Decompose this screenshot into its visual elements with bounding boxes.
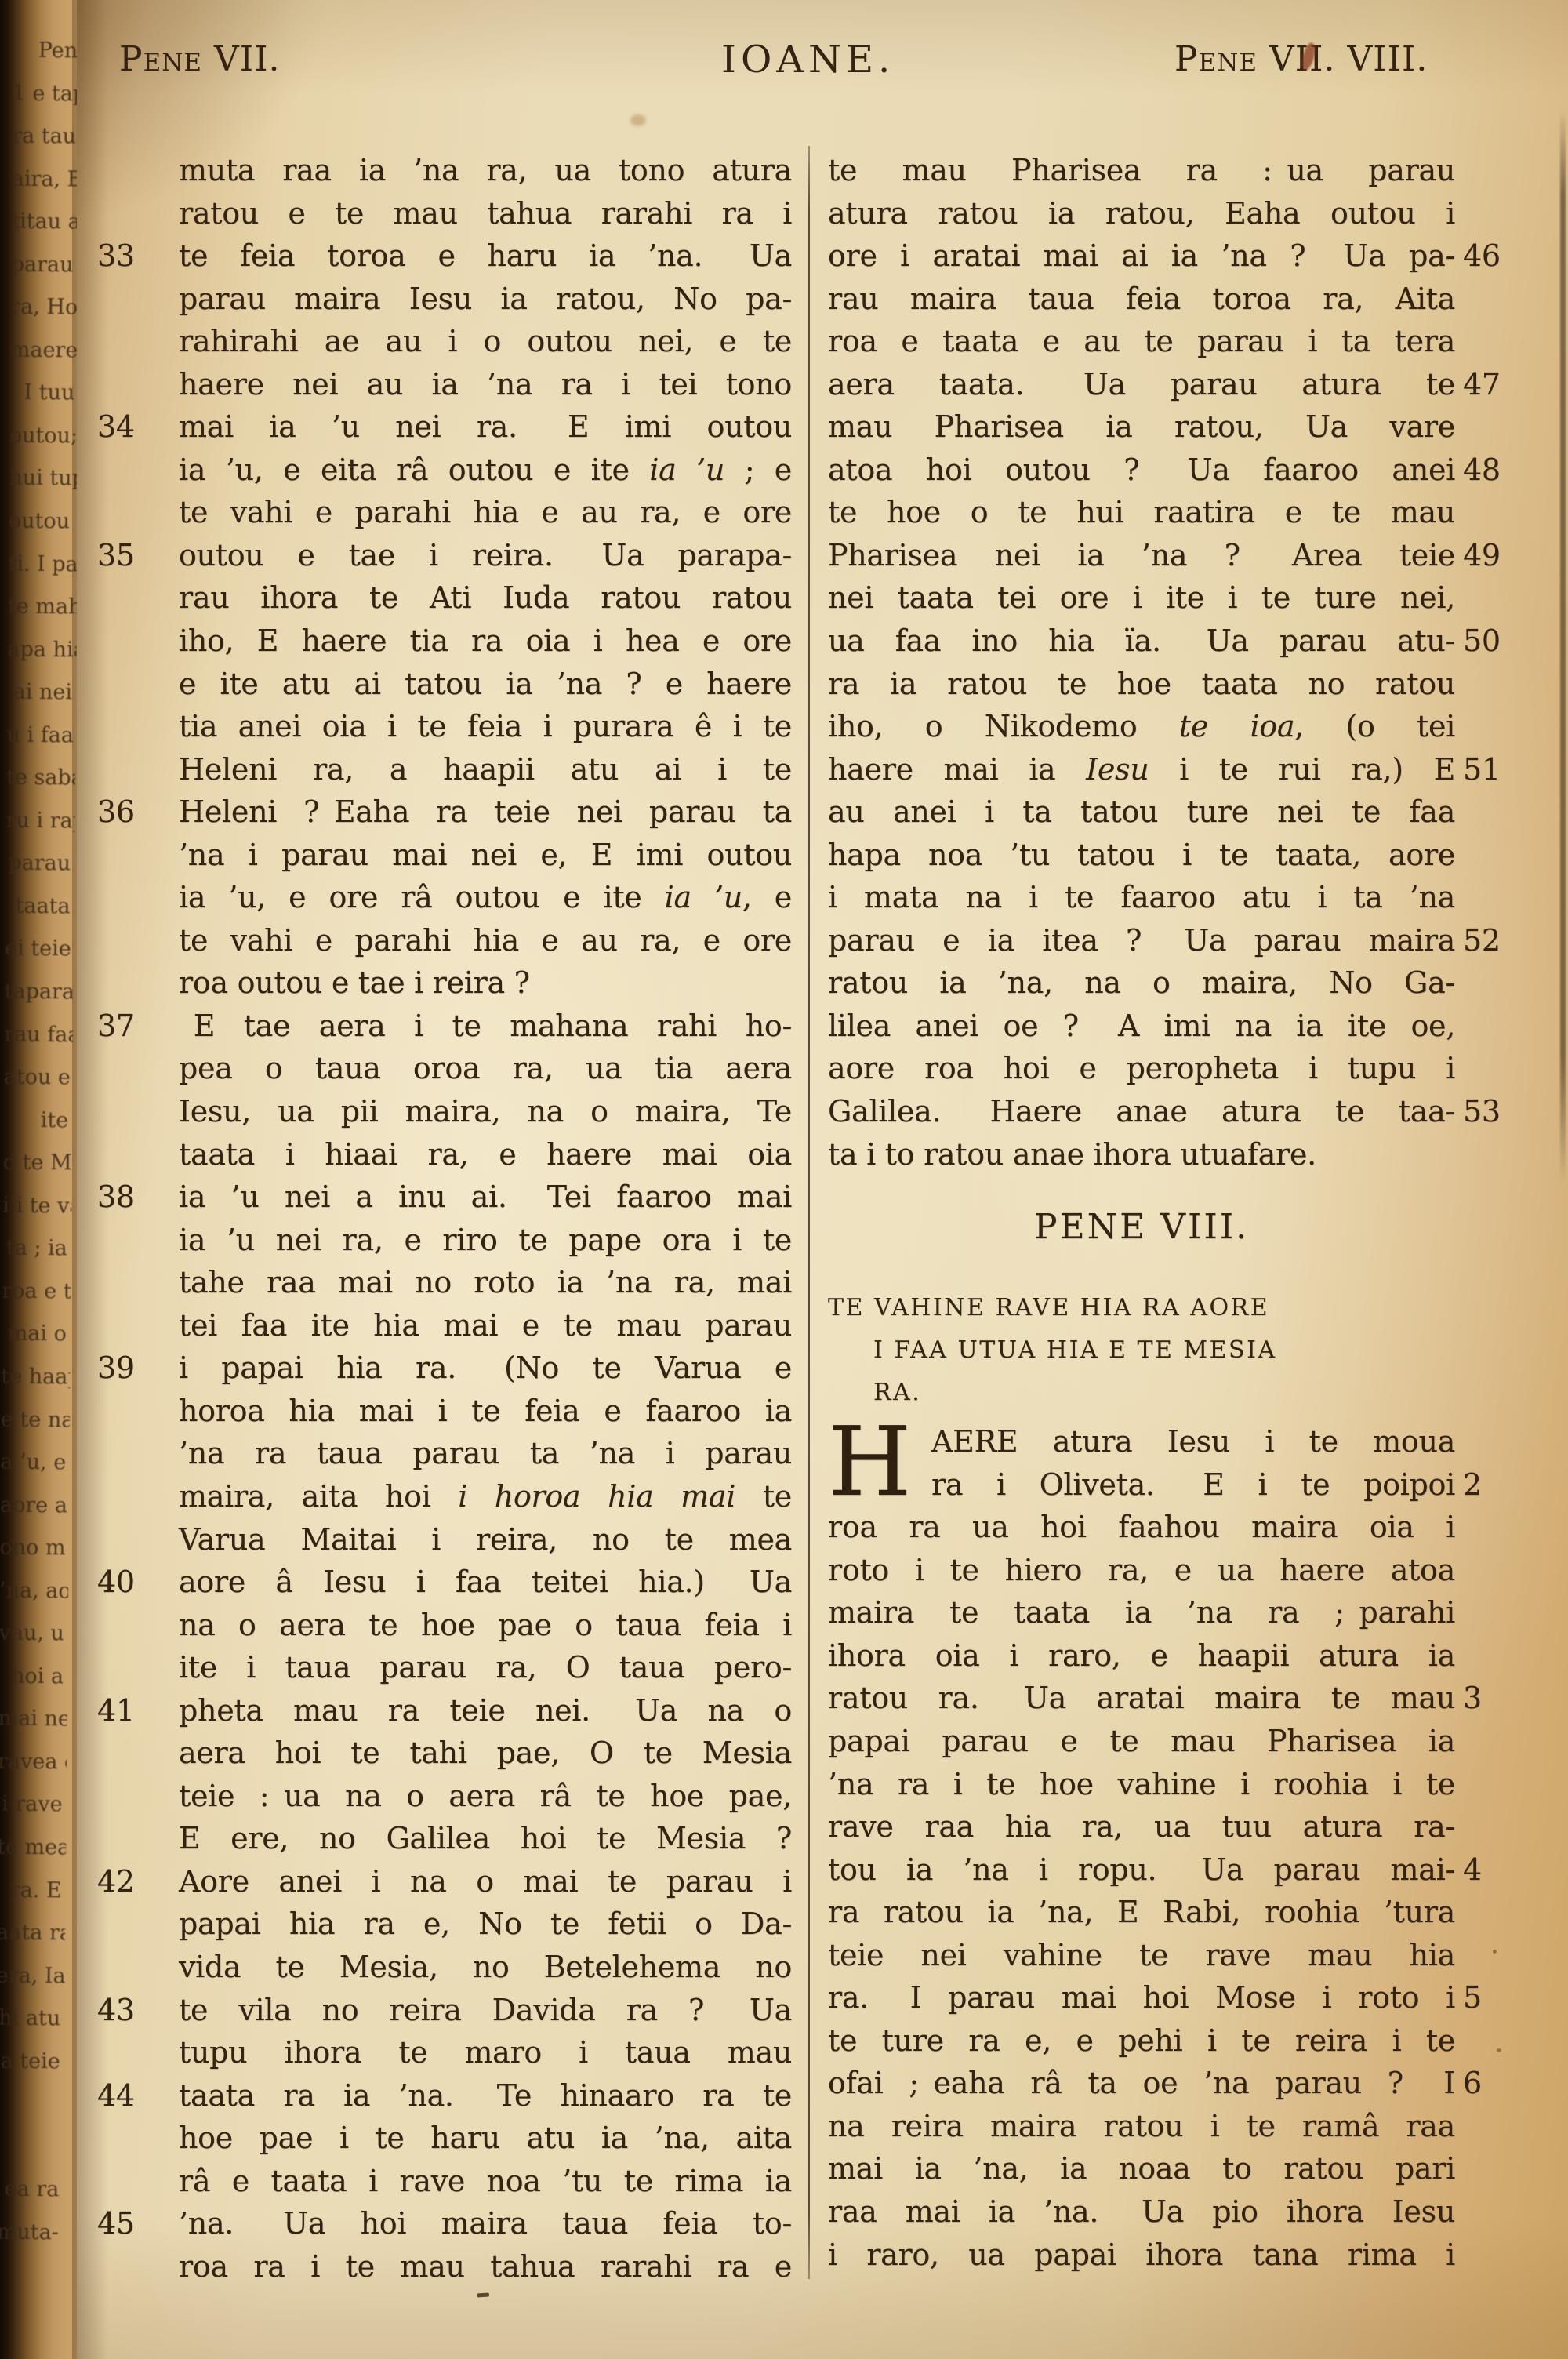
line-text: Galilea. Haere anae atura te taa- bbox=[828, 1094, 1455, 1129]
line-text: ra. I parau mai hoi Mose i roto i bbox=[828, 1980, 1455, 2015]
verse-number: 33 bbox=[97, 234, 165, 278]
text-line: Iesu, ua pii maira, na o maira, Te bbox=[179, 1090, 792, 1133]
text-line: ofai ; eaha râ ta oe ’na parau ? I6 bbox=[828, 2062, 1455, 2105]
line-text: ihora oia i raro, e haapii atura ia bbox=[828, 1638, 1455, 1673]
text-line: ratou e te mau tahua rarahi ra i bbox=[179, 192, 792, 235]
gutter-fragment: taata bbox=[5, 885, 74, 929]
verse-number: 36 bbox=[97, 791, 165, 834]
line-text: Aore anei i na o mai te parau i bbox=[179, 1864, 792, 1899]
text-line: aera hoi te tahi pae, O te Mesia bbox=[179, 1732, 792, 1775]
text-line: horoa hia mai i te feia e faaroo ia bbox=[179, 1390, 792, 1433]
line-text: Iesu, ua pii maira, na o maira, Te bbox=[179, 1094, 792, 1129]
text-line: rau maira taua feia toroa ra, Aita bbox=[828, 278, 1455, 321]
text-line: mai ia ’na, ia noaa to ratou pari bbox=[828, 2147, 1455, 2190]
line-text: aore â Iesu i faa teitei hia.) Ua bbox=[179, 1565, 792, 1599]
text-line: ore i aratai mai ai ia ’na ? Ua pa-46 bbox=[828, 234, 1455, 278]
text-line: ia ’u nei ra, e riro te pape ora i te bbox=[179, 1219, 792, 1262]
line-text: na o aera te hoe pae o taua feia i bbox=[179, 1608, 792, 1642]
text-line: parau maira Iesu ia ratou, No pa- bbox=[179, 278, 792, 321]
gutter-fragment: ’na, aor bbox=[0, 1569, 68, 1612]
gutter-fragment: vau, u bbox=[0, 1612, 68, 1656]
text-line: vida te Mesia, no Betelehema no bbox=[179, 1946, 792, 1989]
line-text: teie nei vahine te rave mau hia bbox=[828, 1938, 1455, 1972]
verse-number: 39 bbox=[97, 1347, 165, 1390]
gutter-fragment: mai o bbox=[2, 1313, 71, 1356]
line-text: te vahi e parahi hia e au ra, e ore bbox=[179, 495, 792, 529]
line-text: i papai hia ra. (No te Varua e bbox=[179, 1350, 792, 1385]
line-text: pea o taua oroa ra, ua tia aera bbox=[179, 1051, 792, 1085]
gutter-fragment: parau bbox=[5, 842, 74, 885]
text-line: ia ’u nei a inu ai. Tei faaroo mai38 bbox=[179, 1176, 792, 1219]
gutter-fragment: ei teie bbox=[5, 928, 74, 971]
text-line: Heleni ra, a haapii atu ai i te bbox=[179, 748, 792, 791]
left-column: muta raa ia ’na ra, ua tono aturaratou e… bbox=[179, 149, 792, 2288]
verse-number: 42 bbox=[97, 1860, 165, 1903]
line-text: te feia toroa e haru ia ’na. Ua bbox=[179, 238, 792, 273]
text-line: ’na ra taua parau ta ’na i parau bbox=[179, 1432, 792, 1475]
line-text: ra i Oliveta. E i te poipoi bbox=[931, 1467, 1455, 1502]
line-text: tei faa ite hia mai e te mau parau bbox=[179, 1308, 792, 1343]
left-column-lines: muta raa ia ’na ra, ua tono aturaratou e… bbox=[179, 149, 792, 2288]
text-line: ra ia ratou te hoe taata no ratou bbox=[828, 663, 1455, 706]
text-line: rau ihora te Ati Iuda ratou ratou bbox=[179, 576, 792, 620]
line-text: ia ’u, e ore râ outou e ite ia ’u, e bbox=[179, 880, 792, 914]
line-text: te mau Pharisea ra : ua parau bbox=[828, 153, 1455, 187]
chapter7-lines: te mau Pharisea ra : ua parauatura ratou… bbox=[828, 149, 1455, 1176]
text-line: te hoe o te hui raatira e te mau bbox=[828, 491, 1455, 534]
line-text: Heleni ? Eaha ra teie nei parau ta bbox=[179, 794, 792, 829]
line-text: te vahi e parahi hia e au ra, e ore bbox=[179, 923, 792, 958]
verse-number: 44 bbox=[97, 2074, 165, 2117]
text-line: te vila no reira Davida ra ? Ua43 bbox=[179, 1989, 792, 2032]
text-line: i papai hia ra. (No te Varua e39 bbox=[179, 1347, 792, 1390]
gutter-fragment: ono m bbox=[0, 1527, 69, 1570]
text-line: Galilea. Haere anae atura te taa-53 bbox=[828, 1090, 1455, 1133]
gutter-fragment: mai nei bbox=[0, 1698, 67, 1741]
line-text: te ture ra e, e pehi i te reira i te bbox=[828, 2023, 1455, 2058]
text-line: pheta mau ra teie nei. Ua na o41 bbox=[179, 1689, 792, 1732]
chapter-subtitle-line: RA. bbox=[828, 1372, 1455, 1414]
verse-number: 51 bbox=[1463, 748, 1535, 791]
gutter-fragment bbox=[0, 2083, 64, 2126]
text-line: iho, E haere tia ra oia i hea e ore bbox=[179, 620, 792, 663]
book-page: Pen1 e tapara tauaaira, Etitau atuparau … bbox=[0, 0, 1568, 2359]
verse-number: 38 bbox=[97, 1176, 165, 1219]
line-text: aera hoi te tahi pae, O te Mesia bbox=[179, 1736, 792, 1770]
previous-page-edge: Pen1 e tapara tauaaira, Etitau atuparau … bbox=[0, 30, 77, 2255]
line-text: mau Pharisea ia ratou, Ua vare bbox=[828, 409, 1455, 444]
line-text: tou ia ’na i ropu. Ua parau mai- bbox=[828, 1852, 1455, 1887]
chapter-heading: PENE VIII. bbox=[828, 1202, 1455, 1252]
line-text: muta raa ia ’na ra, ua tono atura bbox=[179, 153, 792, 187]
text-line: roa ra ua hoi faahou maira oia i bbox=[828, 1506, 1455, 1549]
line-text: i raro, ua papai ihora tana rima i bbox=[828, 2237, 1455, 2272]
verse-number: 34 bbox=[97, 405, 165, 449]
gutter-fragment: a teie bbox=[0, 2040, 64, 2083]
line-text: roa outou e tae i reira ? bbox=[179, 965, 530, 1000]
line-text: rau ihora te Ati Iuda ratou ratou bbox=[179, 580, 792, 615]
text-line: E tae aera i te mahana rahi ho-37 bbox=[179, 1005, 792, 1048]
line-text: ta i to ratou anae ihora utuafare. bbox=[828, 1137, 1316, 1172]
gutter-fragment: hi atu bbox=[0, 1997, 64, 2041]
text-line: ia ’u, e eita râ outou e ite ia ’u ; e bbox=[179, 449, 792, 492]
text-line: maira, aita hoi i horoa hia mai te bbox=[179, 1475, 792, 1518]
line-text: au anei i ta tatou ture nei te faa bbox=[828, 794, 1455, 829]
line-text: haere mai ia Iesu i te rui ra,) E bbox=[828, 752, 1455, 787]
gutter-fragment: 1 e tapa bbox=[12, 72, 77, 115]
verse-number: 41 bbox=[97, 1689, 165, 1732]
line-text: outou e tae i reira. Ua parapa- bbox=[179, 538, 792, 572]
line-text: ratou ra. Ua aratai maira te mau bbox=[828, 1681, 1455, 1715]
verse-number: 6 bbox=[1463, 2062, 1535, 2105]
line-text: mai ia ’u nei ra. E imi outou bbox=[179, 409, 792, 444]
line-text: raa mai ia ’na. Ua pio ihora Iesu bbox=[828, 2194, 1455, 2229]
line-text: roa ra ua hoi faahou maira oia i bbox=[828, 1510, 1455, 1544]
gutter-fragment: Pen bbox=[13, 30, 77, 73]
text-line: ta i to ratou anae ihora utuafare. bbox=[828, 1133, 1455, 1176]
paper-speck bbox=[1493, 1950, 1497, 1954]
verse-number: 4 bbox=[1463, 1848, 1535, 1892]
line-text: horoa hia mai i te feia e faaroo ia bbox=[179, 1394, 792, 1428]
text-line: haere nei au ia ’na ra i tei tono bbox=[179, 363, 792, 406]
text-line: raa mai ia ’na. Ua pio ihora Iesu bbox=[828, 2190, 1455, 2234]
text-line: râ e taata i rave noa ’tu te rima ia bbox=[179, 2160, 792, 2203]
line-text: ia ’u, e eita râ outou e ite ia ’u ; e bbox=[179, 453, 792, 487]
line-text: tahe raa mai no roto ia ’na ra, mai bbox=[179, 1265, 792, 1299]
text-line: Heleni ? Eaha ra teie nei parau ta36 bbox=[179, 791, 792, 834]
line-text: teie : ua na o aera râ te hoe pae, bbox=[179, 1779, 792, 1813]
line-text: na reira maira ratou i te ramâ raa bbox=[828, 2109, 1455, 2143]
verse-number: 2 bbox=[1463, 1463, 1535, 1507]
text-line: lilea anei oe ? A imi na ia ite oe, bbox=[828, 1005, 1455, 1048]
line-text: aore roa hoi e peropheta i tupu i bbox=[828, 1051, 1455, 1085]
text-line: hapa noa ’tu tatou i te taata, aore bbox=[828, 834, 1455, 877]
verse-number: 45 bbox=[97, 2202, 165, 2245]
gutter-fragment: i i te va bbox=[2, 1184, 71, 1227]
line-text: i mata na i te faaroo atu i ta ’na bbox=[828, 880, 1455, 914]
line-text: maira, aita hoi i horoa hia mai te bbox=[179, 1479, 792, 1514]
text-line: aera taata. Ua parau atura te47 bbox=[828, 363, 1455, 406]
gutter-fragment: aata ra bbox=[0, 1912, 65, 1955]
gutter-fragment: ea ra bbox=[0, 2168, 64, 2212]
text-line: pea o taua oroa ra, ua tia aera bbox=[179, 1047, 792, 1090]
paper-speck bbox=[1497, 2048, 1501, 2052]
gutter-fragment: era, Ia bbox=[0, 1954, 65, 1997]
line-text: ite i taua parau ra, O taua pero- bbox=[179, 1650, 792, 1685]
line-text: atura ratou ia ratou, Eaha outou i bbox=[828, 196, 1455, 231]
text-line: ra ratou ia ’na, E Rabi, roohia ’tura bbox=[828, 1891, 1455, 1934]
text-line: mai ia ’u nei ra. E imi outou34 bbox=[179, 405, 792, 449]
line-text: pheta mau ra teie nei. Ua na o bbox=[179, 1693, 792, 1728]
text-line: na o aera te hoe pae o taua feia i bbox=[179, 1604, 792, 1647]
verse-number: 5 bbox=[1463, 1976, 1535, 2019]
text-line: ra. I parau mai hoi Mose i roto i5 bbox=[828, 1976, 1455, 2019]
text-line: ihora oia i raro, e haapii atura ia bbox=[828, 1634, 1455, 1677]
line-text: ra ia ratou te hoe taata no ratou bbox=[828, 667, 1455, 701]
line-text: e ite atu ai tatou ia ’na ? e haere bbox=[179, 667, 792, 701]
gutter-fragment: rau faa bbox=[4, 1013, 73, 1056]
text-line: roa outou e tae i reira ? bbox=[179, 961, 792, 1005]
text-line: atoa hoi outou ? Ua faaroo anei48 bbox=[828, 449, 1455, 492]
column-divider-rule bbox=[808, 146, 810, 2279]
line-text: ’na i parau mai nei e, E imi outou bbox=[179, 838, 792, 872]
verse-number: 3 bbox=[1463, 1677, 1535, 1720]
line-text: ua faa ino hia ïa. Ua parau atu- bbox=[828, 623, 1455, 658]
chapter-subtitle-line: I FAA UTUA HIA E TE MESIA bbox=[828, 1329, 1455, 1372]
running-header-left: Pene VII. bbox=[119, 36, 281, 83]
text-line: ’na ra i te hoe vahine i roohia i te bbox=[828, 1763, 1455, 1806]
text-line: tupu ihora te maro i taua mau bbox=[179, 2031, 792, 2074]
text-line: atura ratou ia ratou, Eaha outou i bbox=[828, 192, 1455, 235]
line-text: E tae aera i te mahana rahi ho- bbox=[179, 1009, 792, 1043]
text-line: papai parau e te mau Pharisea ia bbox=[828, 1720, 1455, 1763]
text-line: ra i Oliveta. E i te poipoi2 bbox=[828, 1463, 1455, 1507]
text-line: muta raa ia ’na ra, ua tono atura bbox=[179, 149, 792, 192]
line-text: taata ra ia ’na. Te hinaaro ra te bbox=[179, 2078, 792, 2113]
verse-number: 46 bbox=[1463, 234, 1535, 278]
verse-number: 48 bbox=[1463, 449, 1535, 492]
gutter-fragment: te haap bbox=[1, 1356, 70, 1399]
text-line: aore â Iesu i faa teitei hia.) Ua40 bbox=[179, 1561, 792, 1604]
line-text: parau maira Iesu ia ratou, No pa- bbox=[179, 282, 792, 316]
gutter-fragment: u i faa bbox=[6, 714, 75, 757]
line-text: ia ’u nei ra, e riro te pape ora i te bbox=[179, 1223, 792, 1257]
paper-stain bbox=[630, 114, 646, 126]
text-line: e ite atu ai tatou ia ’na ? e haere bbox=[179, 663, 792, 706]
text-line: outou e tae i reira. Ua parapa-35 bbox=[179, 534, 792, 577]
gutter-fragment: e te na bbox=[1, 1398, 70, 1441]
text-line: nei taata tei ore i ite i te ture nei, bbox=[828, 576, 1455, 620]
running-header-title: IOANE. bbox=[721, 36, 895, 83]
gutter-fragment bbox=[0, 2125, 64, 2168]
gutter-fragment: outou i bbox=[9, 500, 77, 543]
gutter-fragment: ravea e bbox=[0, 1740, 67, 1783]
line-text: nei taata tei ore i ite i te ture nei, bbox=[828, 580, 1455, 615]
text-line: roto i te hiero ra, e ua haere atoa bbox=[828, 1549, 1455, 1592]
line-text: maira te taata ia ’na ra ; parahi bbox=[828, 1595, 1455, 1630]
verse-number: 52 bbox=[1463, 919, 1535, 962]
line-text: ’na ra taua parau ta ’na i parau bbox=[179, 1436, 792, 1470]
gutter-fragment: ra, Hoe bbox=[10, 286, 77, 329]
verse-number: 50 bbox=[1463, 620, 1535, 663]
gutter-fragment: parau atu bbox=[11, 243, 77, 286]
line-text: roa ra i te mau tahua rarahi ra e bbox=[179, 2249, 792, 2284]
text-line: tia anei oia i te feia i purara ê i te bbox=[179, 705, 792, 748]
text-line: ratou ia ’na, na o maira, No Ga- bbox=[828, 961, 1455, 1005]
line-text: rau maira taua feia toroa ra, Aita bbox=[828, 282, 1455, 316]
gutter-fragment: tapara bbox=[4, 971, 73, 1014]
text-line: tou ia ’na i ropu. Ua parau mai-4 bbox=[828, 1848, 1455, 1892]
text-line: roa e taata e au te parau i ta tera bbox=[828, 320, 1455, 363]
text-line: ua faa ino hia ïa. Ua parau atu-50 bbox=[828, 620, 1455, 663]
text-line: teie nei vahine te rave mau hia bbox=[828, 1934, 1455, 1977]
text-line: taata ra ia ’na. Te hinaaro ra te44 bbox=[179, 2074, 792, 2117]
line-text: te hoe o te hui raatira e te mau bbox=[828, 495, 1455, 529]
line-text: rave raa hia ra, ua tuu atura ra- bbox=[828, 1809, 1455, 1844]
gutter-fragment: atou e bbox=[3, 1056, 72, 1100]
line-text: rahirahi ae au i o outou nei, e te bbox=[179, 324, 792, 358]
gutter-fragment: ite bbox=[3, 1099, 72, 1142]
line-text: ra ratou ia ’na, E Rabi, roohia ’tura bbox=[828, 1895, 1455, 1929]
text-line: au anei i ta tatou ture nei te faa bbox=[828, 791, 1455, 834]
text-line: Pharisea nei ia ’na ? Area teie49 bbox=[828, 534, 1455, 577]
verse-number: 49 bbox=[1463, 534, 1535, 577]
gutter-fragment: te maha bbox=[8, 586, 77, 629]
gutter-fragment: a ’u, e bbox=[0, 1441, 69, 1485]
text-line: haere mai ia Iesu i te rui ra,) E51 bbox=[828, 748, 1455, 791]
line-text: parau e ia itea ? Ua parau maira bbox=[828, 923, 1455, 958]
gutter-fragment: roa e ta bbox=[2, 1270, 71, 1313]
line-text: tia anei oia i te feia i purara ê i te bbox=[179, 709, 792, 743]
text-line: AERE atura Iesu i te moua bbox=[828, 1420, 1455, 1463]
text-line: ite i taua parau ra, O taua pero- bbox=[179, 1646, 792, 1689]
gutter-fragment: o te M bbox=[3, 1142, 72, 1185]
line-text: ofai ; eaha râ ta oe ’na parau ? I bbox=[828, 2066, 1455, 2100]
chapter8-lines: H AERE atura Iesu i te mouara i Oliveta.… bbox=[828, 1420, 1455, 2276]
line-text: râ e taata i rave noa ’tu te rima ia bbox=[179, 2164, 792, 2198]
line-text: ore i aratai mai ai ia ’na ? Ua pa- bbox=[828, 238, 1455, 273]
verse-number: 53 bbox=[1463, 1090, 1535, 1133]
text-line: ’na. Ua hoi maira taua feia to-45 bbox=[179, 2202, 792, 2245]
line-text: Varua Maitai i reira, no te mea bbox=[179, 1522, 792, 1557]
verse-number: 40 bbox=[97, 1561, 165, 1604]
right-column: te mau Pharisea ra : ua parauatura ratou… bbox=[828, 149, 1455, 2276]
text-line: te ture ra e, e pehi i te reira i te bbox=[828, 2019, 1455, 2063]
text-line: maira te taata ia ’na ra ; parahi bbox=[828, 1591, 1455, 1634]
verse-number: 35 bbox=[97, 534, 165, 577]
line-text: ’na. Ua hoi maira taua feia to- bbox=[179, 2206, 792, 2241]
verse-number: 37 bbox=[97, 1005, 165, 1048]
gutter-fragment: aore a bbox=[0, 1484, 69, 1527]
line-text: haere nei au ia ’na ra i tei tono bbox=[179, 367, 792, 402]
line-text: atoa hoi outou ? Ua faaroo anei bbox=[828, 453, 1455, 487]
page-edge-shadow bbox=[1560, 110, 1566, 1184]
line-text: papai parau e te mau Pharisea ia bbox=[828, 1724, 1455, 1758]
line-text: aera taata. Ua parau atura te bbox=[828, 367, 1455, 402]
gutter-fragment: ra. E bbox=[0, 1869, 66, 1912]
gutter-fragment: aira, E bbox=[11, 158, 77, 201]
line-text: E ere, no Galilea hoi te Mesia ? bbox=[179, 1821, 792, 1856]
text-line: ’na i parau mai nei e, E imi outou bbox=[179, 834, 792, 877]
line-text: ratou e te mau tahua rarahi ra i bbox=[179, 196, 792, 231]
gutter-fragment: hui tup bbox=[9, 457, 77, 500]
gutter-fragment: muta- bbox=[0, 2211, 63, 2254]
text-line: rahirahi ae au i o outou nei, e te bbox=[179, 320, 792, 363]
text-line: te vahi e parahi hia e au ra, e ore bbox=[179, 491, 792, 534]
gutter-fragment: i rave bbox=[0, 1783, 67, 1826]
gutter-fragment: hoi a bbox=[0, 1655, 67, 1698]
line-text: iho, E haere tia ra oia i hea e ore bbox=[179, 623, 792, 658]
gutter-fragment: titau atu bbox=[11, 201, 77, 244]
chapter-subtitle-line: TE VAHINE RAVE HIA RA AORE bbox=[828, 1287, 1455, 1329]
line-text: ratou ia ’na, na o maira, No Ga- bbox=[828, 965, 1455, 1000]
text-line: roa ra i te mau tahua rarahi ra e bbox=[179, 2245, 792, 2288]
gutter-fragment: I tuu bbox=[9, 372, 77, 415]
text-line: te mau Pharisea ra : ua parau bbox=[828, 149, 1455, 192]
text-line: iho, o Nikodemo te ioa, (o tei bbox=[828, 705, 1455, 748]
text-line: i raro, ua papai ihora tana rima i bbox=[828, 2234, 1455, 2277]
gutter-fragment: outou; bbox=[9, 415, 77, 458]
line-text: roto i te hiero ra, e ua haere atoa bbox=[828, 1553, 1455, 1587]
text-line: E ere, no Galilea hoi te Mesia ? bbox=[179, 1817, 792, 1860]
gutter-fragment: te mea bbox=[0, 1826, 66, 1870]
chapter-subtitle: TE VAHINE RAVE HIA RA AORE I FAA UTUA HI… bbox=[828, 1287, 1455, 1414]
running-header-right: Pene VII. VIII. bbox=[1174, 36, 1428, 83]
line-text: hoe pae i te haru atu ia ’na, aita bbox=[179, 2121, 792, 2155]
text-line: hoe pae i te haru atu ia ’na, aita bbox=[179, 2117, 792, 2160]
text-line: mau Pharisea ia ratou, Ua vare bbox=[828, 405, 1455, 449]
line-text: hapa noa ’tu tatou i te taata, aore bbox=[828, 838, 1455, 872]
line-text: tupu ihora te maro i taua mau bbox=[179, 2035, 792, 2070]
gutter-fragment: apa hia bbox=[7, 628, 76, 671]
text-line: ia ’u, e ore râ outou e ite ia ’u, e bbox=[179, 876, 792, 919]
ink-dash-mark bbox=[477, 2292, 489, 2297]
line-text: ia ’u nei a inu ai. Tei faaroo mai bbox=[179, 1179, 792, 1214]
line-text: mai ia ’na, ia noaa to ratou pari bbox=[828, 2151, 1455, 2186]
gutter-fragment: ta ; ia bbox=[2, 1227, 71, 1270]
gutter-fragment: maere a bbox=[10, 329, 77, 372]
line-text: roa e taata e au te parau i ta tera bbox=[828, 324, 1455, 358]
text-line: taata i hiaai ra, e haere mai oia bbox=[179, 1133, 792, 1176]
text-line: parau e ia itea ? Ua parau maira52 bbox=[828, 919, 1455, 962]
line-text: lilea anei oe ? A imi na ia ite oe, bbox=[828, 1009, 1455, 1043]
text-line: Varua Maitai i reira, no te mea bbox=[179, 1518, 792, 1561]
text-line: ratou ra. Ua aratai maira te mau3 bbox=[828, 1677, 1455, 1720]
gutter-fragment: ra taua bbox=[12, 115, 77, 158]
text-line: teie : ua na o aera râ te hoe pae, bbox=[179, 1775, 792, 1818]
text-line: Aore anei i na o mai te parau i42 bbox=[179, 1860, 792, 1903]
text-line: tei faa ite hia mai e te mau parau bbox=[179, 1304, 792, 1347]
verse-number: 43 bbox=[97, 1989, 165, 2032]
line-text: papai hia ra e, No te fetii o Da- bbox=[179, 1906, 792, 1941]
text-line: tahe raa mai no roto ia ’na ra, mai bbox=[179, 1261, 792, 1304]
gutter-fragment: ru i rap bbox=[5, 799, 74, 842]
text-line: te feia toroa e haru ia ’na. Ua33 bbox=[179, 234, 792, 278]
page-gutter: Pen1 e tapara tauaaira, Etitau atuparau … bbox=[0, 0, 77, 2359]
text-line: papai hia ra e, No te fetii o Da- bbox=[179, 1903, 792, 1946]
gutter-fragment: te saba bbox=[6, 757, 75, 800]
gutter-fragment: ti. I pa bbox=[8, 543, 77, 586]
line-text: ’na ra i te hoe vahine i roohia i te bbox=[828, 1767, 1455, 1801]
text-line: na reira maira ratou i te ramâ raa bbox=[828, 2105, 1455, 2148]
text-line: te vahi e parahi hia e au ra, e ore bbox=[179, 919, 792, 962]
line-text: Heleni ra, a haapii atu ai i te bbox=[179, 752, 792, 787]
line-text: taata i hiaai ra, e haere mai oia bbox=[179, 1137, 792, 1172]
line-text: iho, o Nikodemo te ioa, (o tei bbox=[828, 709, 1455, 743]
text-line: rave raa hia ra, ua tuu atura ra- bbox=[828, 1805, 1455, 1848]
line-text: Pharisea nei ia ’na ? Area teie bbox=[828, 538, 1455, 572]
line-text: AERE atura Iesu i te moua bbox=[931, 1424, 1455, 1459]
text-line: i mata na i te faaroo atu i ta ’na bbox=[828, 876, 1455, 919]
gutter-fragment: ai nei bbox=[7, 671, 76, 714]
verse-number: 47 bbox=[1463, 363, 1535, 406]
line-text: te vila no reira Davida ra ? Ua bbox=[179, 1993, 792, 2027]
text-line: aore roa hoi e peropheta i tupu i bbox=[828, 1047, 1455, 1090]
line-text: vida te Mesia, no Betelehema no bbox=[179, 1950, 792, 1984]
